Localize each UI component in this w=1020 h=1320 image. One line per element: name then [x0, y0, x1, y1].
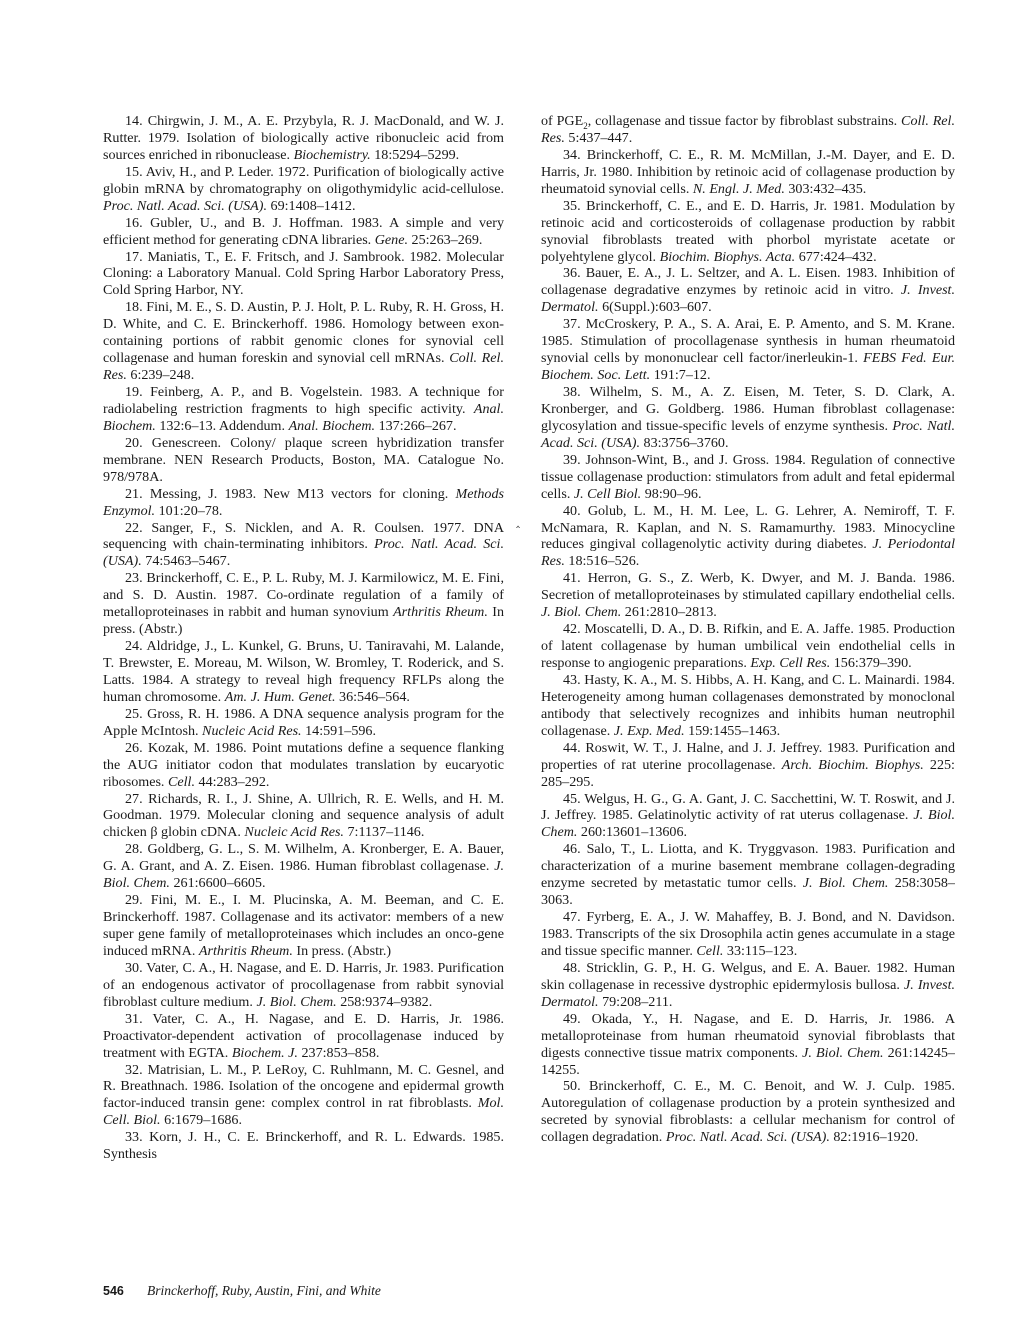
ref-number: 34. — [563, 147, 587, 163]
ref-number: 19. — [125, 384, 150, 400]
ref-citation: 25:263–269. — [408, 232, 482, 248]
journal-name: N. Engl. J. Med. — [693, 181, 785, 197]
ref-number: 17. — [125, 249, 148, 265]
ref-number: 36. — [563, 265, 586, 281]
journal-name: Exp. Cell Res. — [750, 655, 830, 671]
ref-number: 25. — [125, 706, 147, 722]
ref-text: Kozak, M. 1986. Point mutations define a… — [103, 740, 504, 790]
journal-name: Gene. — [375, 232, 408, 248]
ref-number: 45. — [563, 791, 584, 807]
ref-text: Genescreen. Colony/ plaque screen hybrid… — [103, 435, 504, 485]
ref-citation: 677:424–432. — [795, 249, 876, 265]
reference-item: 42. Moscatelli, D. A., D. B. Rifkin, and… — [541, 621, 955, 672]
ref-number: 41. — [563, 570, 588, 586]
ref-number: 31. — [125, 1011, 152, 1027]
ref-citation: 101:20–78. — [155, 503, 222, 519]
journal-name: Biochemistry. — [294, 147, 371, 163]
ref-citation: 7:1137–1146. — [344, 824, 424, 840]
ref-citation: 132:6–13. Addendum. — [156, 418, 289, 434]
ref-text: Herron, G. S., Z. Werb, K. Dwyer, and M.… — [541, 570, 955, 603]
ref-number: 30. — [125, 960, 146, 976]
ref-text: Matrisian, L. M., P. LeRoy, C. Ruhlmann,… — [103, 1062, 504, 1112]
ref-text: Goldberg, G. L., S. M. Wilhelm, A. Kronb… — [103, 841, 504, 874]
ref-text: Feinberg, A. P., and B. Vogelstein. 1983… — [103, 384, 504, 417]
ref-text: Messing, J. 1983. New M13 vectors for cl… — [150, 486, 456, 502]
reference-item: 38. Wilhelm, S. M., A. Z. Eisen, M. Tete… — [541, 384, 955, 452]
reference-item: 30. Vater, C. A., H. Nagase, and E. D. H… — [103, 960, 504, 1011]
ref-number: 47. — [563, 909, 586, 925]
ref-citation: 5:437–447. — [565, 130, 632, 146]
journal-name: J. Exp. Med. — [614, 723, 685, 739]
ref-number: 49. — [563, 1011, 592, 1027]
reference-item: 28. Goldberg, G. L., S. M. Wilhelm, A. K… — [103, 841, 504, 892]
ref-citation: 33:115–123. — [723, 943, 797, 959]
journal-name: Anal. Biochem. — [289, 418, 376, 434]
ref-number: 40. — [563, 503, 588, 519]
ref-number: 48. — [563, 960, 586, 976]
ref-citation: 82:1916–1920. — [830, 1129, 918, 1145]
reference-item: 47. Fyrberg, E. A., J. W. Mahaffey, B. J… — [541, 909, 955, 960]
reference-item: 21. Messing, J. 1983. New M13 vectors fo… — [103, 486, 504, 520]
reference-item: 19. Feinberg, A. P., and B. Vogelstein. … — [103, 384, 504, 435]
reference-item: 24. Aldridge, J., L. Kunkel, G. Bruns, U… — [103, 638, 504, 706]
ref-number: 24. — [125, 638, 146, 654]
reference-item: 43. Hasty, K. A., M. S. Hibbs, A. H. Kan… — [541, 672, 955, 740]
reference-item: 27. Richards, R. I., J. Shine, A. Ullric… — [103, 791, 504, 842]
ref-citation: 18:516–526. — [565, 553, 639, 569]
journal-name: Proc. Natl. Acad. Sci. (USA). — [666, 1129, 830, 1145]
margin-mark: ‸ — [516, 514, 520, 529]
ref-citation: 261:6600–6605. — [170, 875, 266, 891]
ref-number: 18. — [125, 299, 146, 315]
ref-text: , collagenase and tissue factor by fibro… — [588, 113, 901, 129]
reference-item: 48. Stricklin, G. P., H. G. Welgus, and … — [541, 960, 955, 1011]
ref-number: 22. — [125, 520, 151, 536]
ref-citation: 159:1455–1463. — [685, 723, 781, 739]
journal-name: J. Biol. Chem. — [802, 1045, 883, 1061]
reference-item: 33. Korn, J. H., C. E. Brinckerhoff, and… — [103, 1129, 504, 1163]
ref-citation: 137:266–267. — [375, 418, 456, 434]
ref-citation: 6(Suppl.):603–607. — [599, 299, 712, 315]
ref-number: 29. — [125, 892, 151, 908]
journal-name: Biochem. J. — [232, 1045, 298, 1061]
ref-number: 37. — [563, 316, 586, 332]
reference-33-continuation: of PGE2, collagenase and tissue factor b… — [541, 113, 955, 147]
ref-number: 39. — [563, 452, 585, 468]
reference-item: 45. Welgus, H. G., G. A. Gant, J. C. Sac… — [541, 791, 955, 842]
ref-citation: 6:239–248. — [127, 367, 194, 383]
ref-citation: 14:591–596. — [302, 723, 376, 739]
reference-item: 31. Vater, C. A., H. Nagase, and E. D. H… — [103, 1011, 504, 1062]
ref-number: 38. — [563, 384, 590, 400]
ref-number: 16. — [125, 215, 150, 231]
ref-citation: 258:9374–9382. — [337, 994, 433, 1010]
reference-item: 15. Aviv, H., and P. Leder. 1972. Purifi… — [103, 164, 504, 215]
ref-citation: In press. (Abstr.) — [293, 943, 391, 959]
reference-item: 29. Fini, M. E., I. M. Plucinska, A. M. … — [103, 892, 504, 960]
ref-citation: 44:283–292. — [195, 774, 269, 790]
journal-name: Arthritis Rheum. — [393, 604, 488, 620]
ref-text: of PGE — [541, 113, 583, 129]
references-left-column: 14. Chirgwin, J. M., A. E. Przybyla, R. … — [103, 113, 504, 1163]
ref-number: 23. — [125, 570, 146, 586]
ref-citation: 237:853–858. — [298, 1045, 379, 1061]
ref-citation: 74:5463–5467. — [142, 553, 230, 569]
ref-citation: 36:546–564. — [336, 689, 410, 705]
ref-text: Aviv, H., and P. Leder. 1972. Purificati… — [103, 164, 504, 197]
running-head: Brinckerhoff, Ruby, Austin, Fini, and Wh… — [147, 1283, 381, 1298]
journal-name: Biochim. Biophys. Acta. — [660, 249, 796, 265]
reference-item: 39. Johnson-Wint, B., and J. Gross. 1984… — [541, 452, 955, 503]
reference-item: 16. Gubler, U., and B. J. Hoffman. 1983.… — [103, 215, 504, 249]
ref-number: 26. — [125, 740, 148, 756]
reference-item: 44. Roswit, W. T., J. Halne, and J. J. J… — [541, 740, 955, 791]
reference-item: 17. Maniatis, T., E. F. Fritsch, and J. … — [103, 249, 504, 300]
ref-number: 21. — [125, 486, 150, 502]
reference-item: 36. Bauer, E. A., J. L. Seltzer, and A. … — [541, 265, 955, 316]
ref-number: 33. — [125, 1129, 149, 1145]
reference-item: 37. McCroskery, P. A., S. A. Arai, E. P.… — [541, 316, 955, 384]
reference-item: 49. Okada, Y., H. Nagase, and E. D. Harr… — [541, 1011, 955, 1079]
ref-number: 20. — [125, 435, 152, 451]
reference-item: 26. Kozak, M. 1986. Point mutations defi… — [103, 740, 504, 791]
ref-citation: 303:432–435. — [785, 181, 866, 197]
ref-citation: 261:2810–2813. — [621, 604, 717, 620]
journal-name: Arthritis Rheum. — [199, 943, 293, 959]
reference-item: 18. Fini, M. E., S. D. Austin, P. J. Hol… — [103, 299, 504, 384]
journal-name: Nucleic Acid Res. — [244, 824, 344, 840]
reference-item: 22. Sanger, F., S. Nicklen, and A. R. Co… — [103, 520, 504, 571]
ref-text: Fini, M. E., S. D. Austin, P. J. Holt, P… — [103, 299, 504, 366]
ref-text: Bauer, E. A., J. L. Seltzer, and A. L. E… — [541, 265, 955, 298]
ref-number: 50. — [563, 1078, 589, 1094]
journal-name: Proc. Natl. Acad. Sci. (USA). — [103, 198, 267, 214]
page-footer: 546Brinckerhoff, Ruby, Austin, Fini, and… — [103, 1283, 381, 1299]
reference-item: 50. Brinckerhoff, C. E., M. C. Benoit, a… — [541, 1078, 955, 1146]
ref-citation: 6:1679–1686. — [161, 1112, 242, 1128]
ref-citation: 69:1408–1412. — [267, 198, 355, 214]
ref-number: 28. — [125, 841, 148, 857]
ref-number: 35. — [563, 198, 586, 214]
reference-item: 41. Herron, G. S., Z. Werb, K. Dwyer, an… — [541, 570, 955, 621]
reference-item: 14. Chirgwin, J. M., A. E. Przybyla, R. … — [103, 113, 504, 164]
reference-item: 34. Brinckerhoff, C. E., R. M. McMillan,… — [541, 147, 955, 198]
page-number: 546 — [103, 1284, 147, 1298]
journal-name: Cell. — [696, 943, 723, 959]
ref-text: Maniatis, T., E. F. Fritsch, and J. Samb… — [103, 249, 504, 299]
ref-citation: 156:379–390. — [830, 655, 911, 671]
journal-name: J. Biol. Chem. — [803, 875, 889, 891]
ref-text: Welgus, H. G., G. A. Gant, J. C. Sacchet… — [541, 791, 955, 824]
ref-number: 27. — [125, 791, 148, 807]
reference-item: 46. Salo, T., L. Liotta, and K. Tryggvas… — [541, 841, 955, 909]
ref-number: 42. — [563, 621, 584, 637]
ref-text: Korn, J. H., C. E. Brinckerhoff, and R. … — [103, 1129, 504, 1162]
journal-name: J. Biol. Chem. — [541, 604, 621, 620]
ref-number: 14. — [125, 113, 148, 129]
ref-number: 46. — [563, 841, 587, 857]
ref-number: 44. — [563, 740, 585, 756]
ref-number: 15. — [125, 164, 146, 180]
references-right-column: of PGE2, collagenase and tissue factor b… — [541, 113, 955, 1146]
journal-name: Cell. — [168, 774, 195, 790]
journal-name: Nucleic Acid Res. — [202, 723, 302, 739]
ref-citation: 260:13601–13606. — [577, 824, 687, 840]
reference-item: 32. Matrisian, L. M., P. LeRoy, C. Ruhlm… — [103, 1062, 504, 1130]
reference-item: 23. Brinckerhoff, C. E., P. L. Ruby, M. … — [103, 570, 504, 638]
journal-name: J. Biol. Chem. — [256, 994, 336, 1010]
ref-text: Stricklin, G. P., H. G. Welgus, and E. A… — [541, 960, 955, 993]
journal-name: Arch. Biochim. Biophys. — [782, 757, 924, 773]
reference-item: 35. Brinckerhoff, C. E., and E. D. Harri… — [541, 198, 955, 266]
journal-name: J. Cell Biol. — [574, 486, 641, 502]
ref-citation: 18:5294–5299. — [371, 147, 459, 163]
reference-item: 25. Gross, R. H. 1986. A DNA sequence an… — [103, 706, 504, 740]
ref-number: 32. — [125, 1062, 148, 1078]
ref-citation: 79:208–211. — [599, 994, 673, 1010]
ref-citation: 83:3756–3760. — [640, 435, 728, 451]
reference-item: 20. Genescreen. Colony/ plaque screen hy… — [103, 435, 504, 486]
reference-item: 40. Golub, L. M., H. M. Lee, L. G. Lehre… — [541, 503, 955, 571]
ref-number: 43. — [563, 672, 584, 688]
ref-citation: 191:7–12. — [650, 367, 710, 383]
ref-citation: 98:90–96. — [641, 486, 701, 502]
journal-name: Am. J. Hum. Genet. — [225, 689, 336, 705]
